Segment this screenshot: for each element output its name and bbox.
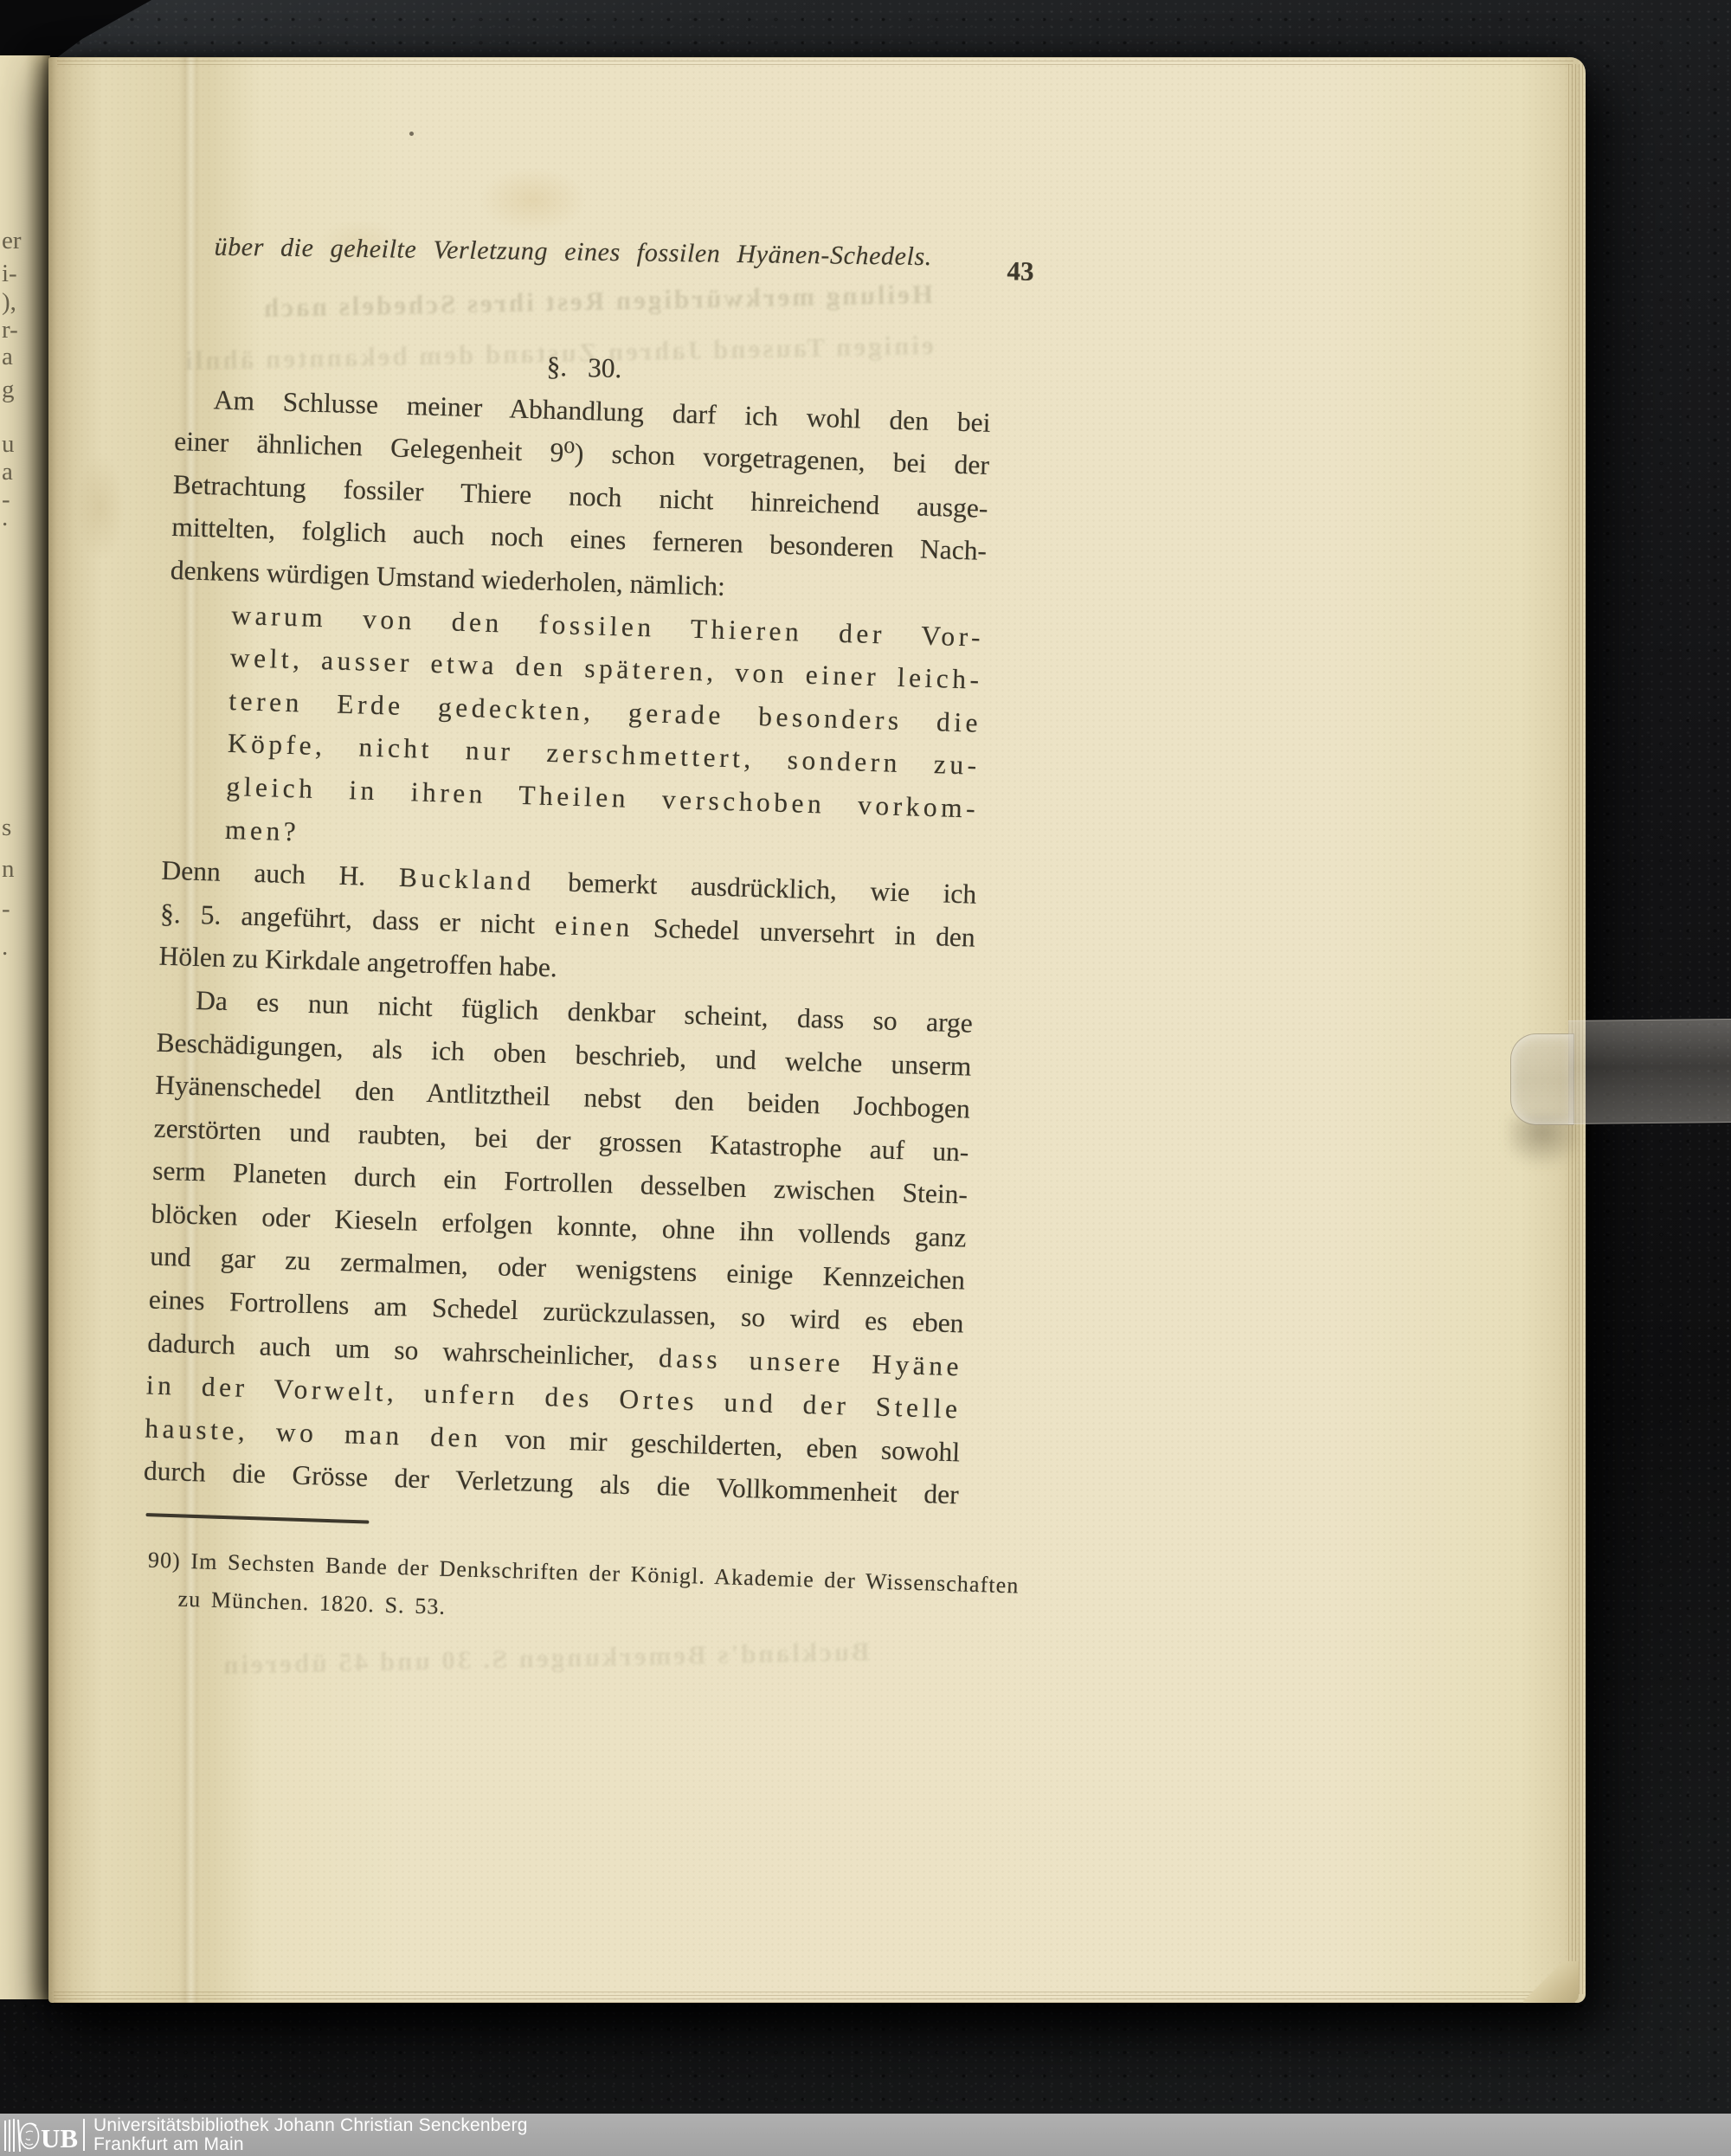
gutter-text-fragment: i- (2, 260, 17, 288)
page-stack-bottom-edge (54, 1989, 1575, 2003)
portrait-icon (21, 2123, 39, 2148)
library-city: Frankfurt am Main (93, 2135, 528, 2154)
gutter-text-fragment: r- (2, 316, 18, 344)
ub-logo: UB (3, 2116, 84, 2153)
gutter-text-fragment: s (2, 814, 11, 842)
plastic-clip-tape (1568, 1019, 1731, 1124)
gutter-text-fragment: . (2, 933, 8, 962)
banner-text: Universitätsbibliothek Johann Christian … (93, 2116, 528, 2154)
page-stack-top-edge (57, 57, 1573, 65)
page-stain (409, 132, 414, 136)
library-name: Universitätsbibliothek Johann Christian … (93, 2116, 528, 2135)
gutter-text-fragment: . (2, 504, 8, 532)
gutter-text-fragment: ), (2, 288, 16, 317)
gutter-text-fragment: g (2, 376, 15, 404)
banner-separator (83, 2119, 85, 2151)
text-block: §. 30. Am Schlusse meiner Abhandlung dar… (139, 334, 993, 1641)
body-lines: Am Schlusse meiner Abhandlung darf ich w… (143, 377, 991, 1517)
book-spines-icon (5, 2119, 20, 2152)
footnote-rule (145, 1513, 369, 1524)
gutter-text-fragment: u (2, 430, 15, 459)
plastic-clip (1510, 1033, 1574, 1125)
gutter-fragments: eri-),r-agua-.sn-. (0, 0, 26, 2156)
gutter-text-fragment: er (2, 227, 22, 255)
library-banner: UB Universitätsbibliothek Johann Christi… (0, 2114, 1731, 2156)
ub-logo-text: UB (41, 2123, 78, 2153)
gutter-text-fragment: a (2, 343, 13, 371)
gutter-text-fragment: n (2, 855, 15, 884)
gutter-text-fragment: - (2, 895, 10, 924)
page-number: 43 (1007, 255, 1033, 286)
dog-ear-corner (1523, 1961, 1579, 2003)
book-scan: eri-),r-agua-.sn-. Heilung merkwürdigen … (0, 0, 1731, 2156)
gutter-text-fragment: a (2, 458, 13, 486)
